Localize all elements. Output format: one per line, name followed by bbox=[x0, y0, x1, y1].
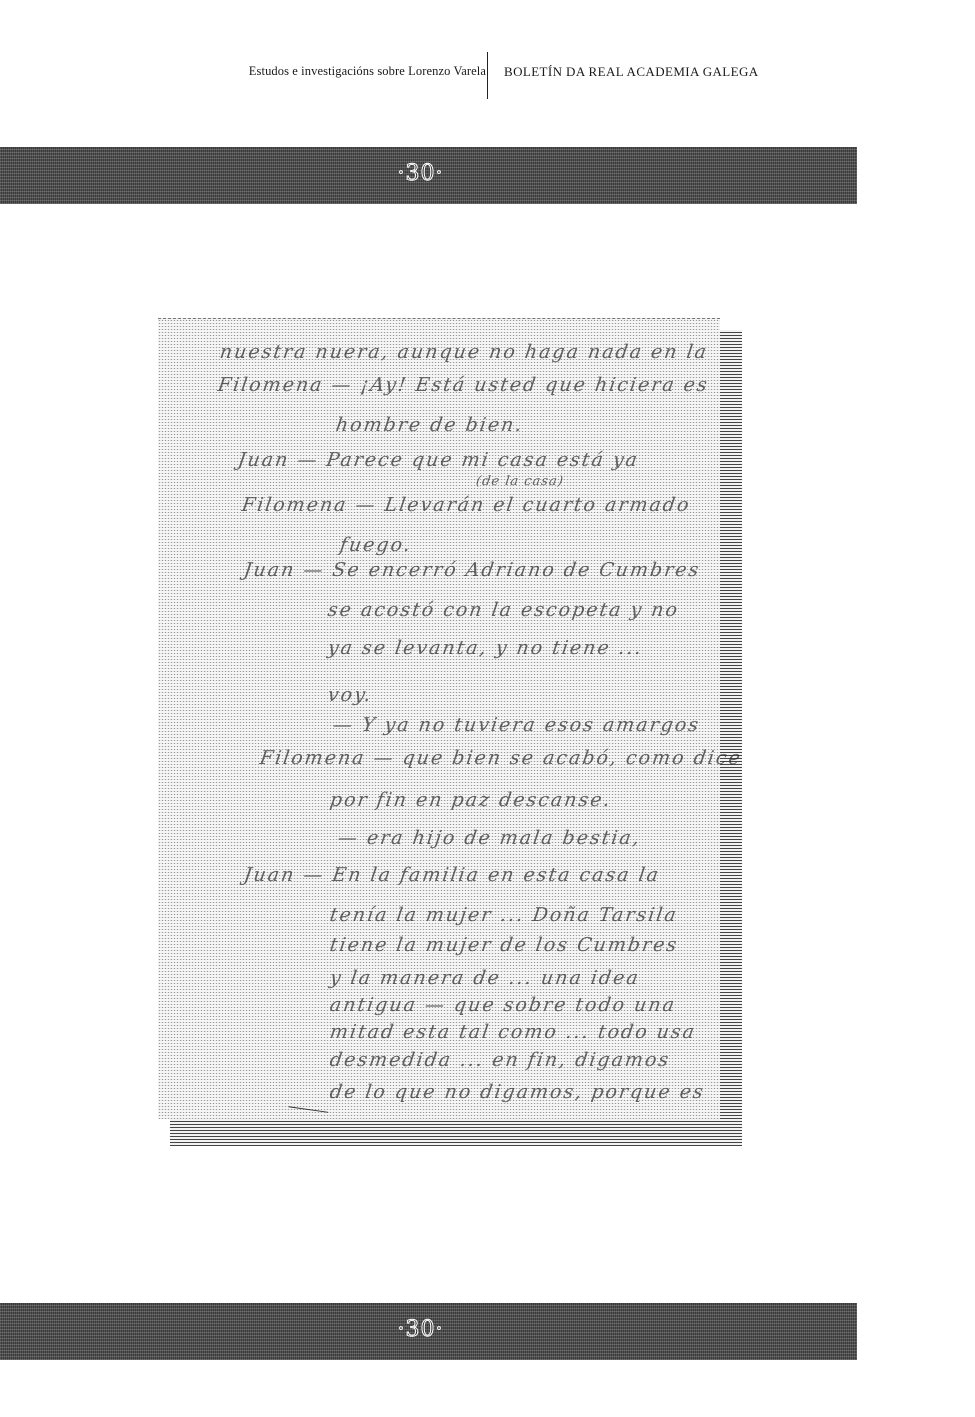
manuscript-line: Filomena — que bien se acabó, como dice bbox=[258, 747, 743, 769]
running-header-divider bbox=[487, 52, 488, 99]
manuscript-line: mitad esta tal como ... todo usa bbox=[328, 1021, 697, 1043]
bottom-page-number-banner: ·30· bbox=[0, 1303, 857, 1360]
manuscript-line: tenía la mujer ... Doña Tarsila bbox=[328, 904, 679, 926]
manuscript-line: Filomena — Llevarán el cuarto armado bbox=[240, 494, 692, 516]
manuscript-line: antigua — que sobre todo una bbox=[328, 994, 677, 1016]
manuscript-line: (de la casa) bbox=[475, 474, 565, 489]
bottom-page-number-text: ·30· bbox=[398, 1317, 444, 1342]
manuscript-line: Filomena — ¡Ay! Está usted que hiciera e… bbox=[216, 374, 710, 396]
manuscript-line: nuestra nuera, aunque no haga nada en la bbox=[218, 341, 709, 363]
manuscript-line: ya se levanta, y no tiene ... bbox=[326, 637, 644, 659]
bottom-page-number: ·30· bbox=[0, 1317, 857, 1342]
running-header-series-title: Estudos e investigacións sobre Lorenzo V… bbox=[249, 64, 486, 79]
manuscript-line: se acostó con la escopeta y no bbox=[326, 599, 680, 621]
manuscript-line: Juan — En la familia en esta casa la bbox=[242, 864, 661, 886]
manuscript-line: Juan — Se encerró Adriano de Cumbres bbox=[242, 559, 701, 581]
manuscript-page: nuestra nuera, aunque no haga nada en la… bbox=[158, 318, 720, 1119]
manuscript-line: voy. bbox=[326, 684, 374, 706]
manuscript-line: — era hijo de mala bestia, bbox=[336, 827, 642, 849]
manuscript-line: tiene la mujer de los Cumbres bbox=[328, 934, 679, 956]
manuscript-line: de lo que no digamos, porque es bbox=[328, 1081, 706, 1103]
manuscript-line: por fin en paz descanse. bbox=[328, 789, 613, 811]
manuscript-line: desmedida ... en fin, digamos bbox=[328, 1049, 671, 1071]
top-page-number-banner: ·30· bbox=[0, 147, 857, 204]
running-header-journal-title: BOLETÍN DA REAL ACADEMIA GALEGA bbox=[504, 64, 759, 80]
running-header: Estudos e investigacións sobre Lorenzo V… bbox=[0, 52, 975, 100]
manuscript-line: Juan — Parece que mi casa está ya bbox=[236, 449, 640, 471]
top-page-number: ·30· bbox=[0, 161, 857, 186]
manuscript-line: hombre de bien. bbox=[334, 414, 525, 436]
manuscript-handwriting: nuestra nuera, aunque no haga nada en la… bbox=[158, 319, 720, 1119]
top-page-number-text: ·30· bbox=[398, 161, 444, 186]
manuscript-line: y la manera de ... una idea bbox=[328, 967, 641, 989]
manuscript-line: fuego. bbox=[338, 534, 413, 556]
manuscript-line: — Y ya no tuviera esos amargos bbox=[331, 714, 701, 736]
manuscript-facsimile: nuestra nuera, aunque no haga nada en la… bbox=[158, 318, 740, 1146]
